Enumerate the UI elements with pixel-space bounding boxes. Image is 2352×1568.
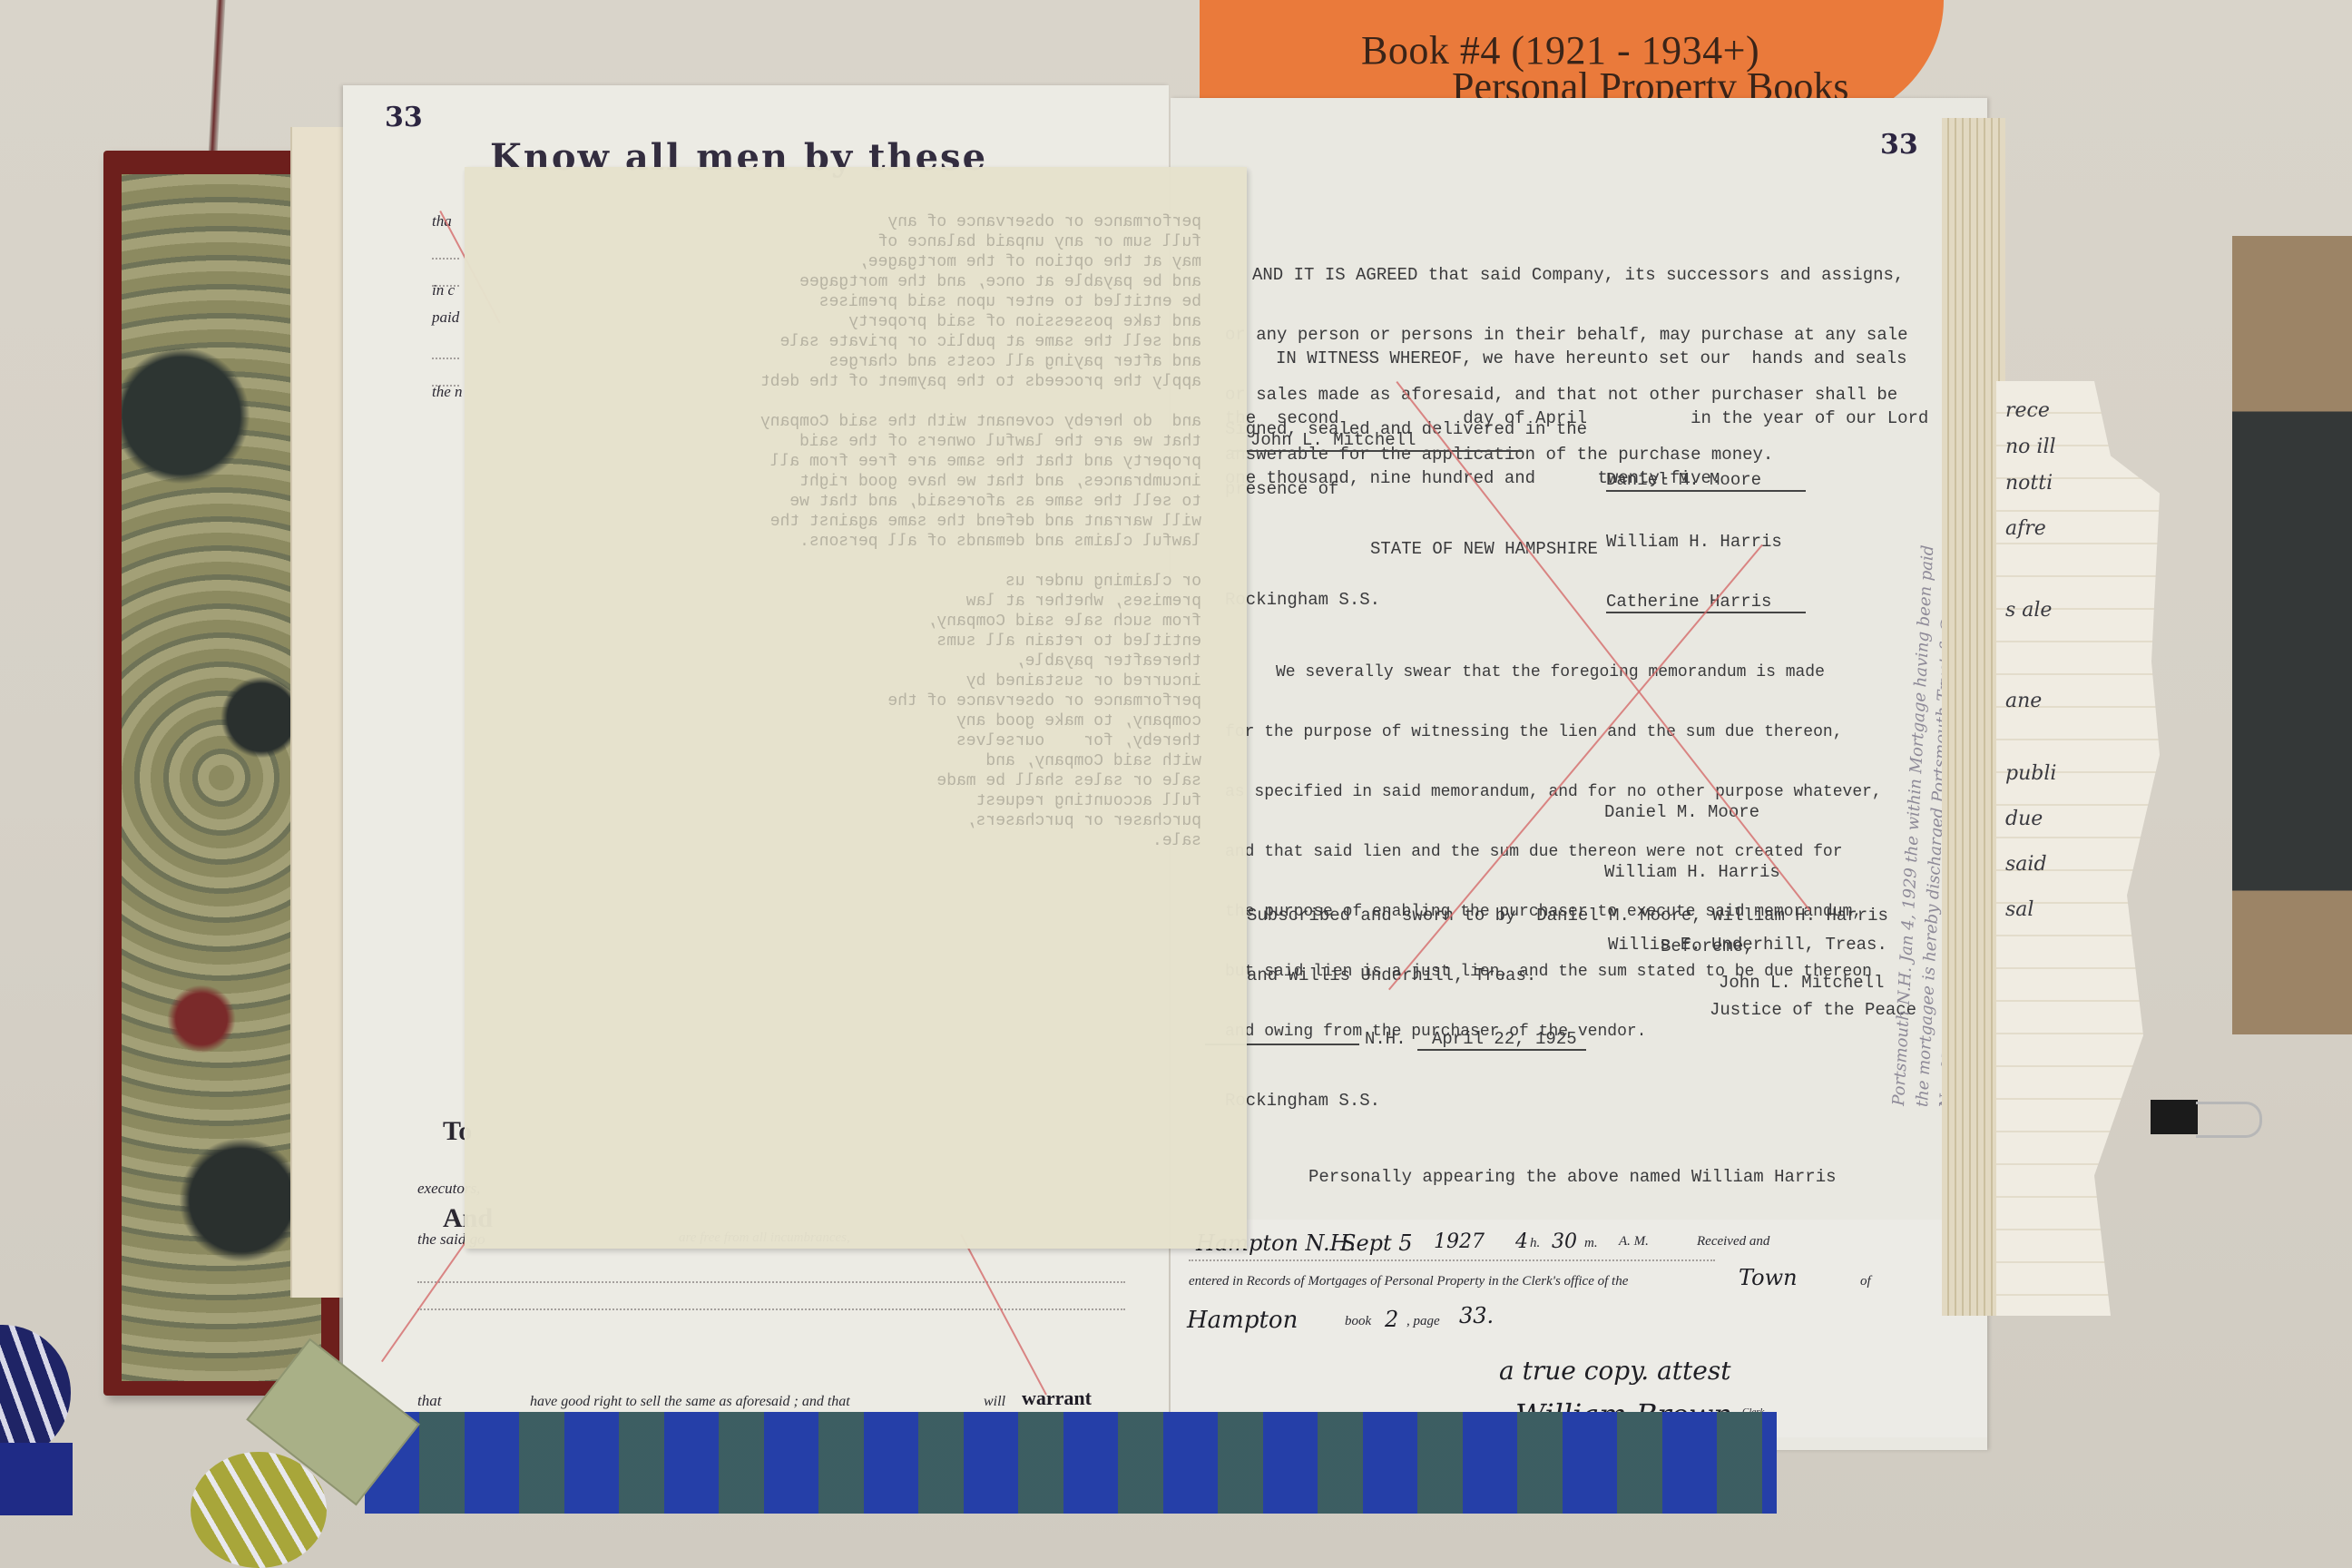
binder-clip-handle <box>2196 1102 2262 1138</box>
black-binder-clip <box>2151 1100 2198 1134</box>
justice-name: John L. Mitchell <box>1719 973 1884 993</box>
county-2: Rockingham S.S. <box>1225 1091 1380 1111</box>
recorded-office: Town <box>1739 1265 1798 1290</box>
torn-handwritten-notes: rece no ill notti afre s ale ane publi d… <box>1996 381 2160 1316</box>
warrant-label: warrant <box>1022 1387 1092 1410</box>
side-binder <box>2232 236 2352 1034</box>
ack-date: April 22, 1925 <box>1417 1029 1586 1051</box>
recorded-page: 33. <box>1459 1303 1494 1328</box>
show-through-text: performance or observance of any full su… <box>519 212 1201 851</box>
entered-line: entered in Records of Mortgages of Perso… <box>1189 1274 1628 1289</box>
recording-block: Hampton N.H. Sept 5 1927 4 h. 30 m. A. M… <box>1171 1220 1987 1437</box>
before-me: Beforeme, <box>1661 936 1754 956</box>
blue-tape-strip <box>365 1412 1777 1514</box>
that-label: that <box>417 1392 441 1410</box>
witness-signature: John L. Mitchell <box>1232 430 1523 452</box>
recorded-meridiem: A. M. <box>1619 1234 1649 1249</box>
blue-patterned-disc <box>0 1325 71 1461</box>
tipped-in-sheet: performance or observance of any full su… <box>465 167 1247 1249</box>
left-page-number: 33 <box>385 102 423 133</box>
recorded-date: Sept 5 <box>1341 1230 1413 1256</box>
recorded-book: 2 <box>1385 1307 1398 1332</box>
recorded-town: Hampton <box>1187 1307 1298 1334</box>
green-patterned-disc <box>191 1452 327 1568</box>
recorded-minutes: 30 <box>1552 1230 1577 1253</box>
right-page-stack <box>1942 118 2005 1316</box>
state-heading: STATE OF NEW HAMPSHIRE <box>1370 539 1598 559</box>
justice-title: Justice of the Peace <box>1710 1000 1916 1020</box>
attest-line: a true copy. attest <box>1499 1356 1731 1386</box>
desk-seam <box>209 0 226 154</box>
right-page-number: 33 <box>1880 129 1918 161</box>
right-page: 33 AND IT IS AGREED that said Company, i… <box>1171 98 1987 1450</box>
recorded-year: 1927 <box>1434 1230 1485 1253</box>
blue-binder-clip <box>0 1443 73 1515</box>
will-label: will <box>984 1394 1005 1410</box>
form-fragment: paid <box>432 309 459 327</box>
form-fragment: in c <box>432 281 455 299</box>
signatory-list: Daniel M. Moore William H. Harris Cather… <box>1606 430 1806 653</box>
recorded-hour: 4 <box>1515 1230 1528 1253</box>
county-1: Rockingham S.S. <box>1225 590 1380 610</box>
good-right-clause: have good right to sell the same as afor… <box>530 1394 850 1410</box>
signed-sealed: Signed, sealed and delivered in the pres… <box>1225 379 1587 539</box>
place-state: N.H. <box>1365 1029 1406 1049</box>
form-fragment: the n <box>432 383 463 401</box>
